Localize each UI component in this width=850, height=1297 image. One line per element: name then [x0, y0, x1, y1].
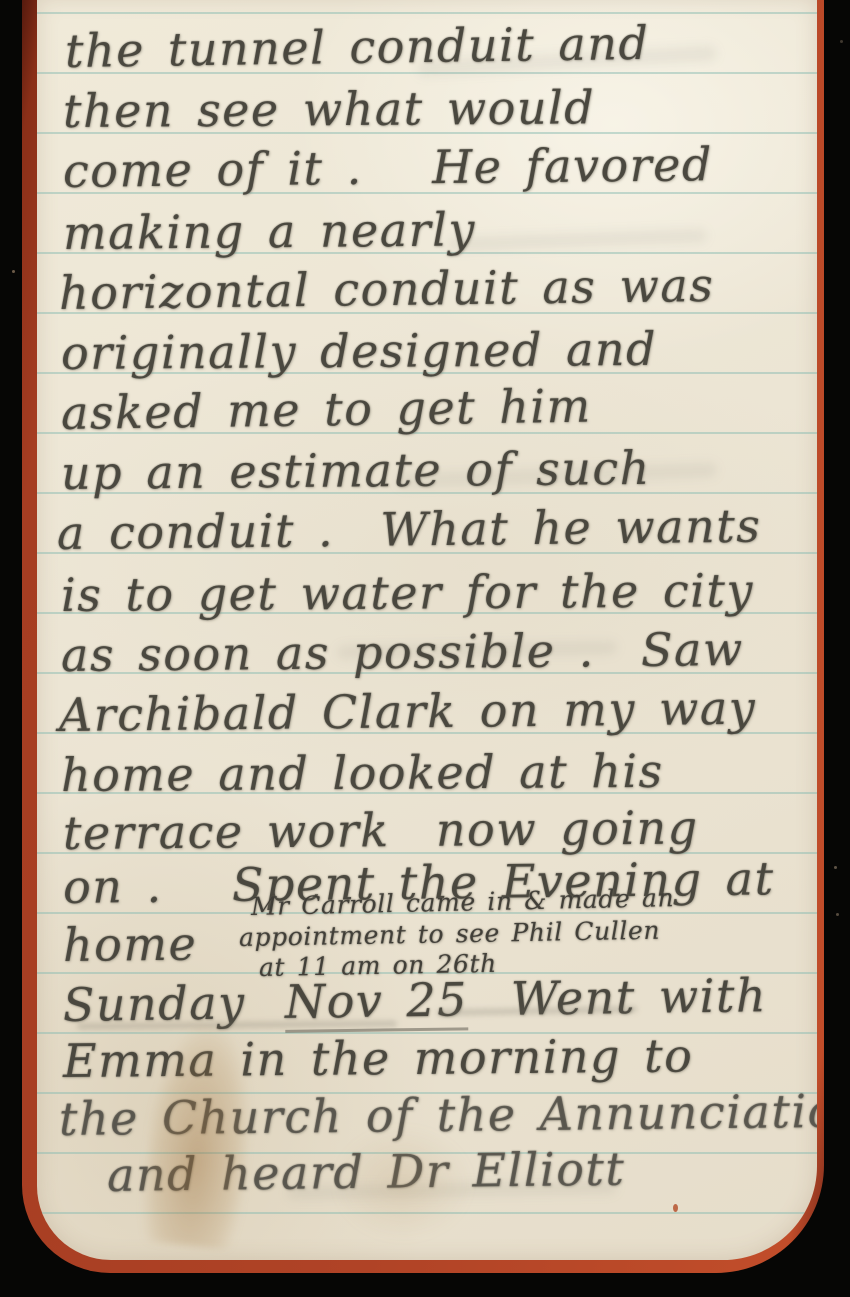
handwriting-line: come of it . He favored — [63, 141, 713, 194]
inserted-note-line: appointment to see Phil Cullen — [239, 918, 660, 950]
notebook-page: the tunnel conduit and then see what wou… — [37, 0, 817, 1260]
handwriting-line: home — [63, 921, 198, 968]
handwriting-line: as soon as possible . Saw — [61, 626, 744, 678]
handwriting-line: terrace work now going — [63, 804, 699, 856]
date-day: Sunday — [63, 979, 246, 1028]
handwriting-line: home and looked at his — [61, 748, 664, 798]
handwriting-line: making a nearly — [63, 206, 476, 256]
dust-speck — [12, 270, 15, 273]
handwriting-line: asked me to get him — [61, 383, 592, 436]
handwriting-line: originally designed and — [61, 326, 657, 376]
handwriting-line: is to get water for the city — [61, 567, 754, 618]
red-ink-speck — [673, 1204, 678, 1212]
handwriting-line: a conduit . What he wants — [57, 503, 762, 556]
handwriting-line: then see what would — [63, 84, 595, 134]
photo-backdrop: the tunnel conduit and then see what wou… — [0, 0, 850, 1297]
handwriting-line: horizontal conduit as was — [59, 262, 715, 316]
handwriting-line: up an estimate of such — [61, 445, 651, 496]
tan-smudge — [333, 1126, 473, 1241]
date-rest: Went with — [511, 972, 768, 1022]
handwriting-line: the tunnel conduit and — [65, 20, 650, 74]
handwriting-line: Archibald Clark on my way — [59, 685, 757, 738]
